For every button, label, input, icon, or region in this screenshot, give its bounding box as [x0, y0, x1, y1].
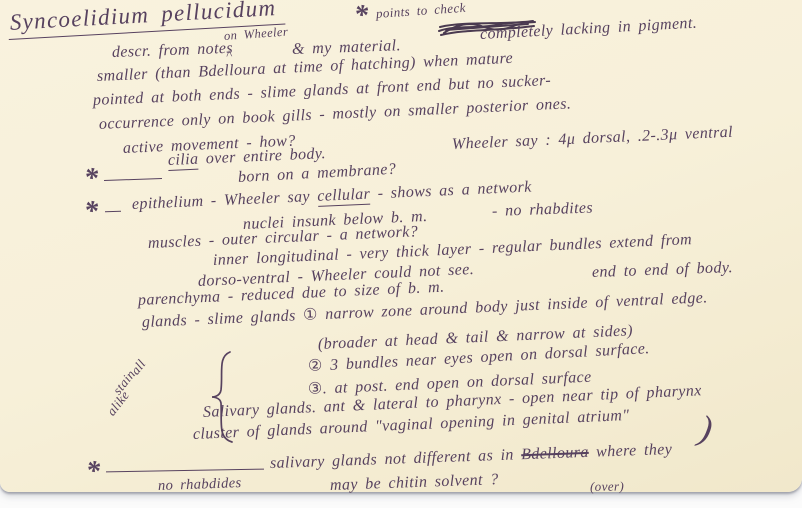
note-muscles-extent: end to end of body. — [592, 259, 733, 282]
cilia-term: cilia — [168, 151, 199, 171]
struck-word: Bdelloura — [521, 444, 589, 463]
note-bottom-salivary: salivary glands not different as in Bdel… — [270, 441, 673, 473]
margin-line-long — [106, 469, 264, 473]
stain-note-word: alike — [104, 388, 132, 418]
cellular-term: cellular — [317, 186, 371, 207]
asterisk-star-icon: * — [354, 2, 368, 30]
note-chitin: may be chitin solvent ? — [330, 471, 499, 494]
margin-line — [104, 178, 162, 181]
over-note: (over) — [590, 479, 624, 494]
epithelium-tail: - shows as a network — [370, 179, 532, 203]
note-epithelium: epithelium - Wheeler say cellular - show… — [132, 179, 532, 214]
bottom-lead: salivary glands not different as in — [270, 446, 522, 472]
note-cilia-measurements: Wheeler say : 4μ dorsal, .2-.3μ ventral — [452, 124, 734, 154]
margin-dash — [105, 211, 121, 213]
epithelium-lead: epithelium - Wheeler say — [132, 188, 318, 213]
flourish-paren: ) — [696, 408, 716, 449]
index-card: Syncoelidium pellucidum * points to chec… — [0, 0, 802, 492]
note-no-rhabdites: - no rhabdites — [492, 199, 594, 220]
scanned-note-page: Syncoelidium pellucidum * points to chec… — [0, 0, 802, 508]
note-description-source: descr. from notes — [112, 40, 234, 62]
descr-lead: descr. from notes — [112, 40, 234, 61]
asterisk-star-icon: * — [86, 458, 100, 486]
inserted-text: on Wheeler — [224, 26, 289, 44]
caret-mark: ^ — [226, 48, 233, 63]
stain-brace — [208, 350, 234, 444]
asterisk-star-icon: * — [84, 165, 98, 193]
bottom-tail: where they — [588, 441, 672, 461]
asterisk-star-icon: * — [84, 198, 98, 226]
no-rhabdides-note: no rhabdides — [158, 476, 242, 495]
